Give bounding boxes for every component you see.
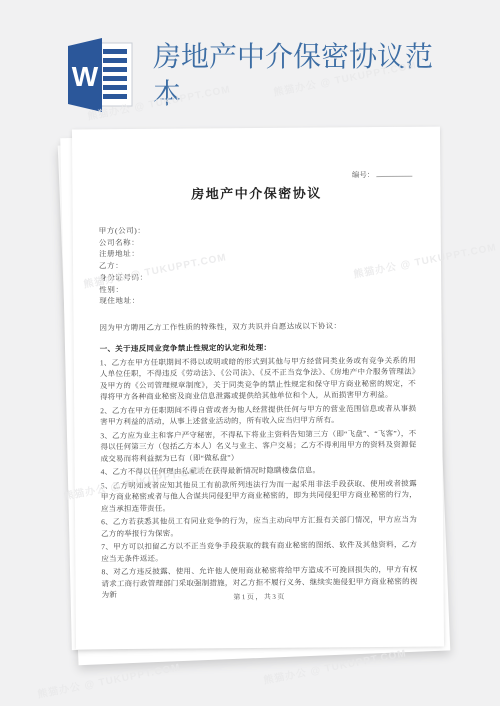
clause-4: 4、乙方不得以任何理由私藏或在获得最新情况时隐瞒楼盘信息。 bbox=[101, 464, 417, 478]
serial-number-label: 编号： bbox=[352, 170, 375, 179]
serial-number-field: 编号： bbox=[98, 169, 412, 181]
field-current-address: 现住地址： bbox=[99, 293, 415, 307]
clause-7: 7、甲方可以扣留乙方以不正当竞争手段获取的载有商业秘密的图纸、软件及其他资料，乙… bbox=[101, 539, 417, 564]
page-background: W 房地产中介保密协议范本 熊猫办公 @ TUKUPPT.COM 熊猫办公 @ … bbox=[0, 0, 500, 706]
clause-3: 3、乙方应为业主和客户严守秘密，不得私下将业主资料告知第三方（即“飞盘”、“飞客… bbox=[100, 428, 416, 465]
party-fields: 甲方(公司)： 公司名称： 注册地址： 乙方： 身份证号码： 性别： 现住地址： bbox=[99, 223, 416, 307]
word-icon: W bbox=[60, 34, 140, 114]
word-icon-graphic: W bbox=[60, 34, 140, 114]
document-title: 房地产中介保密协议 bbox=[98, 185, 414, 203]
svg-text:W: W bbox=[72, 61, 99, 92]
agreement-intro: 因为甲方聘用乙方工作性质的特殊性，双方共识并自愿达成以下协议： bbox=[99, 320, 415, 334]
clause-6: 6、乙方若获悉其他员工有同业竞争的行为，应当主动向甲方汇报有关部门情况，甲方应当… bbox=[101, 514, 417, 539]
page-title: 房地产中介保密协议范本 bbox=[153, 38, 453, 112]
serial-blank-line bbox=[376, 169, 412, 177]
watermark-text: 熊猫办公 @ TUKUPPT.COM bbox=[36, 658, 182, 700]
section-heading: 一、关于违反同业竞争禁止性规定的认定和处理： bbox=[100, 341, 416, 355]
document-page: 编号： 房地产中介保密协议 甲方(公司)： 公司名称： 注册地址： 乙方： 身份… bbox=[72, 127, 444, 650]
clause-2: 2、乙方在甲方任职期间不得自营或者为他人经营提供任何与甲方的营业范围信息或者从事… bbox=[100, 403, 416, 428]
page-number: 第1页，共3页 bbox=[76, 591, 444, 604]
clause-5: 5、乙方明知或者应知其他员工有前款所列违法行为而一起采用非法手段获取、使用或者披… bbox=[101, 478, 417, 515]
clause-1: 1、乙方在甲方任职期间不得以或明或暗的形式到其他与甲方经营同类业务或有竞争关系的… bbox=[100, 355, 416, 403]
